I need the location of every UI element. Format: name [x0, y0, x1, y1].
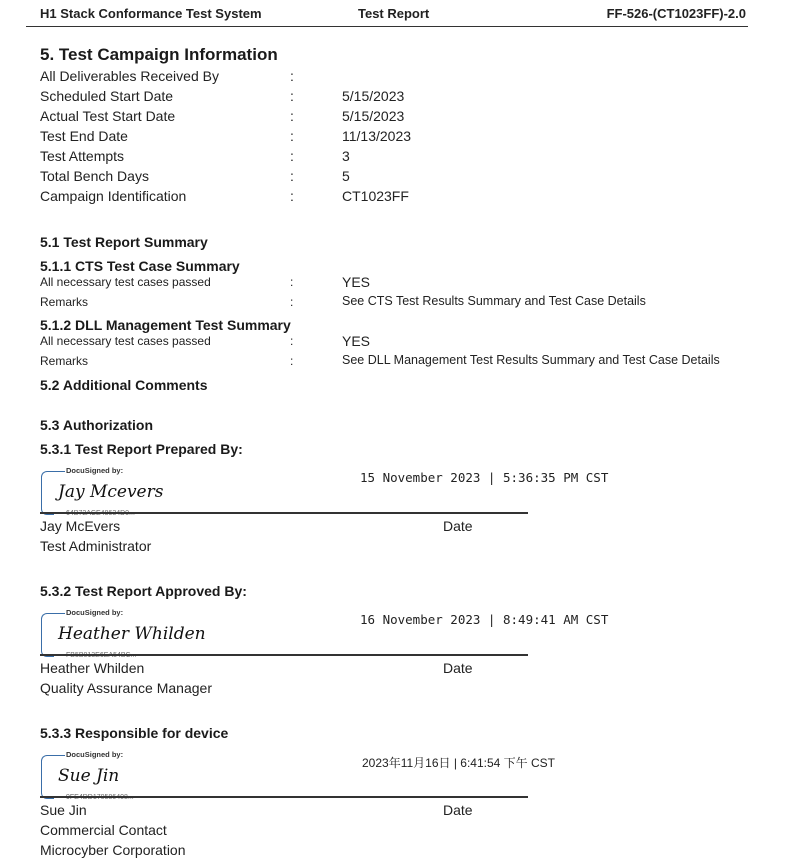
summary-separator: :	[290, 334, 293, 348]
signature-timestamp: 16 November 2023 | 8:49:41 AM CST	[360, 612, 608, 627]
signer-role: Commercial Contact	[40, 822, 167, 838]
summary-label: Remarks	[40, 295, 88, 309]
summary-label: Remarks	[40, 354, 88, 368]
field-value: 5/15/2023	[342, 88, 404, 104]
header-divider	[26, 26, 748, 27]
docusign-bracket	[41, 755, 54, 799]
additional-comments-title: 5.2 Additional Comments	[40, 377, 208, 393]
summary-separator: :	[290, 354, 293, 368]
field-value: 3	[342, 148, 350, 164]
signer-name: Sue Jin	[40, 802, 87, 818]
field-label: Total Bench Days	[40, 168, 149, 184]
cts-summary-title: 5.1.1 CTS Test Case Summary	[40, 258, 240, 274]
handwritten-signature: Heather Whilden	[58, 624, 206, 644]
field-label: Scheduled Start Date	[40, 88, 173, 104]
field-separator: :	[290, 128, 294, 144]
docusigned-label: DocuSigned by:	[66, 466, 123, 475]
header-doc-type: Test Report	[358, 6, 429, 21]
summary-label: All necessary test cases passed	[40, 334, 211, 348]
signature-line	[40, 796, 528, 798]
signer-organization: Microcyber Corporation	[40, 842, 186, 858]
docusign-bracket-top	[53, 613, 65, 614]
signer-section-title: 5.3.2 Test Report Approved By:	[40, 583, 247, 599]
docusign-bracket-top	[53, 471, 65, 472]
signer-name: Heather Whilden	[40, 660, 144, 676]
field-separator: :	[290, 68, 294, 84]
field-value: 5/15/2023	[342, 108, 404, 124]
field-value: 5	[342, 168, 350, 184]
field-label: All Deliverables Received By	[40, 68, 219, 84]
dll-summary-title: 5.1.2 DLL Management Test Summary	[40, 317, 291, 333]
section-title: 5. Test Campaign Information	[40, 45, 278, 65]
docusigned-label: DocuSigned by:	[66, 608, 123, 617]
authorization-title: 5.3 Authorization	[40, 417, 153, 433]
handwritten-signature: Jay Mcevers	[58, 482, 163, 502]
date-label: Date	[443, 802, 473, 818]
field-separator: :	[290, 168, 294, 184]
date-label: Date	[443, 518, 473, 534]
field-label: Test Attempts	[40, 148, 124, 164]
field-label: Test End Date	[40, 128, 128, 144]
signer-role: Test Administrator	[40, 538, 151, 554]
field-label: Campaign Identification	[40, 188, 186, 204]
docusign-bracket	[41, 471, 54, 515]
signer-role: Quality Assurance Manager	[40, 680, 212, 696]
signature-timestamp: 2023年11月16日 | 6:41:54 下午 CST	[362, 754, 555, 771]
field-separator: :	[290, 88, 294, 104]
summary-value: YES	[342, 274, 370, 290]
docusigned-label: DocuSigned by:	[66, 750, 123, 759]
signer-section-title: 5.3.1 Test Report Prepared By:	[40, 441, 243, 457]
signature-line	[40, 512, 528, 514]
field-separator: :	[290, 188, 294, 204]
signer-name: Jay McEvers	[40, 518, 120, 534]
header-doc-id: FF-526-(CT1023FF)-2.0	[607, 6, 746, 21]
field-label: Actual Test Start Date	[40, 108, 175, 124]
summary-value: See CTS Test Results Summary and Test Ca…	[342, 294, 646, 308]
date-label: Date	[443, 660, 473, 676]
field-value: CT1023FF	[342, 188, 409, 204]
signature-line	[40, 654, 528, 656]
summary-label: All necessary test cases passed	[40, 275, 211, 289]
docusign-bracket	[41, 613, 54, 657]
signer-section-title: 5.3.3 Responsible for device	[40, 725, 228, 741]
signature-timestamp: 15 November 2023 | 5:36:35 PM CST	[360, 470, 608, 485]
field-value: 11/13/2023	[342, 128, 411, 144]
summary-separator: :	[290, 295, 293, 309]
summary-value: YES	[342, 333, 370, 349]
header-system-name: H1 Stack Conformance Test System	[40, 6, 262, 21]
docusign-bracket-top	[53, 755, 65, 756]
summary-title: 5.1 Test Report Summary	[40, 234, 208, 250]
summary-separator: :	[290, 275, 293, 289]
handwritten-signature: Sue Jin	[58, 766, 119, 786]
field-separator: :	[290, 108, 294, 124]
summary-value: See DLL Management Test Results Summary …	[342, 353, 720, 367]
field-separator: :	[290, 148, 294, 164]
